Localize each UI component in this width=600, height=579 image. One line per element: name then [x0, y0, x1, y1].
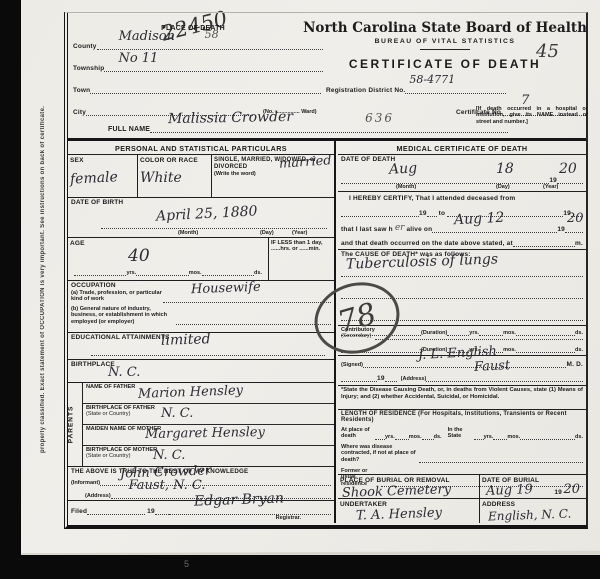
physician-address-line: Faust	[426, 373, 583, 382]
full-name-value: Malissia Crowder	[168, 109, 293, 127]
county-value: Madison	[119, 29, 175, 44]
dod-month-value: Aug	[389, 160, 418, 177]
mother-name-value: Margaret Hensley	[145, 425, 265, 442]
m-label: m.	[575, 240, 583, 247]
personal-section-title: PERSONAL AND STATISTICAL PARTICULARS	[68, 141, 334, 155]
duration2-ds-line	[516, 344, 575, 353]
cause-line-1: Tuberculosis of lungs	[341, 268, 583, 277]
sex-cell: SEX female	[68, 155, 138, 197]
scan-left-border	[0, 0, 21, 579]
age-mos-line	[136, 267, 188, 276]
residence-title: LENGTH OF RESIDENCE (For Hospitals, Inst…	[341, 411, 583, 423]
contracted-label: Where was disease contracted, if not at …	[341, 444, 419, 463]
burial-year-value: 20	[563, 482, 580, 497]
physician-address-value: Faust	[474, 358, 511, 375]
signed-year-line	[385, 373, 397, 382]
atp-ds: ds.	[434, 434, 442, 440]
dod-year-sublabel: (Year)	[543, 184, 558, 190]
occupation-a-label: (a) Trade, profession, or particular kin…	[71, 290, 163, 303]
town-line	[90, 85, 321, 94]
mother-birthplace-value: N. C.	[153, 448, 185, 463]
date-of-birth-value: April 25, 1880	[156, 203, 258, 224]
informant-address-value: Faust, N. C.	[129, 478, 206, 493]
township-label: Township	[73, 65, 104, 72]
education-value: limited	[161, 331, 211, 349]
undertaker-value: T. A. Hensley	[356, 506, 442, 524]
footnote-section: *State the Disease Causing Death, or, in…	[338, 386, 586, 410]
duration2-mos: mos.	[503, 347, 516, 353]
contributory-line	[375, 331, 583, 340]
registrar-signature: Edgar Bryan	[194, 490, 284, 509]
dod-month-sublabel: (Month)	[396, 184, 416, 190]
dod-year-line: 20	[557, 175, 583, 184]
dod-year-value: 20	[559, 161, 577, 177]
last-saw-year-prefix: 19	[557, 226, 565, 233]
last-saw-value: Aug 12	[454, 210, 505, 229]
bureau-rule	[420, 49, 470, 50]
state-or-country-label2: (State or Country)	[86, 453, 331, 459]
from-year-prefix: 19	[419, 210, 427, 217]
ins-yrs: yrs.	[484, 434, 494, 440]
atp-mos: mos.	[409, 434, 422, 440]
ins-mos: mos.	[507, 434, 520, 440]
father-name-row: NAME OF FATHER Marion Hensley	[83, 383, 334, 404]
registrar-sign-line: Edgar Bryan	[169, 506, 331, 515]
ins-ds: ds.	[575, 434, 583, 440]
undertaker-cell: UNDERTAKER T. A. Hensley	[338, 499, 480, 523]
age-cell: AGE 40 yrs. mos. ds.	[68, 238, 268, 280]
atp-l1	[375, 431, 385, 440]
signed-label: (Signed)	[341, 362, 363, 368]
contracted-line	[419, 454, 583, 463]
last-saw-pre: that I last saw h	[341, 226, 393, 233]
burial-place-cell: PLACE OF BURIAL OR REMOVAL Shook Cemeter…	[338, 475, 480, 498]
county-code: 58	[205, 28, 219, 41]
certify-section: I HEREBY CERTIFY, That I attended deceas…	[338, 192, 586, 250]
undertaker-address-cell: ADDRESS English, N. C.	[480, 499, 586, 523]
filed-date-line	[87, 506, 145, 515]
occupation-section: OCCUPATION (a) Trade, profession, or par…	[68, 281, 334, 333]
last-saw-line: Aug 12	[432, 224, 557, 233]
year-sublabel: (Year)	[292, 230, 307, 236]
violent-causes-footnote: *State the Disease Causing Death, or, in…	[341, 387, 583, 401]
dod-day-sublabel: (Day)	[496, 184, 510, 190]
informant-address-label: (Address)	[85, 493, 111, 499]
full-name-line: Malissia Crowder 636	[150, 124, 508, 133]
if-less-label: IF LESS than 1 day, ......hrs. or ......…	[271, 240, 332, 253]
day-sublabel: (Day)	[260, 230, 274, 236]
certificate-border: PLACE OF DEATH County Madison 58 Townshi…	[64, 12, 588, 529]
board-of-health-title: North Carolina State Board of Health	[300, 20, 590, 36]
age-yrs-line	[74, 267, 126, 276]
filed-year-prefix: 19	[147, 508, 155, 515]
mother-name-row: MAIDEN NAME OF MOTHER Margaret Hensley	[83, 425, 334, 446]
dod-month-line: Aug 18	[341, 175, 549, 184]
sex-value: female	[70, 168, 136, 187]
at-place-label: At place of death	[341, 427, 375, 440]
education-section: EDUCATIONAL ATTAINMENTS limited	[68, 333, 334, 360]
filed-section: Filed 19 Edgar Bryan Registrar.	[68, 501, 334, 523]
last-saw-post: alive on	[406, 226, 432, 233]
registration-district-line: 58-4771	[405, 85, 506, 94]
undertaker-address-value: English, N. C.	[488, 507, 572, 524]
city-label: City	[73, 109, 86, 116]
occupation-a-value: Housewife	[191, 280, 261, 297]
signed-line: J. L. English	[363, 359, 566, 368]
color-race-label: COLOR OR RACE	[140, 157, 209, 164]
age-mos-label: mos.	[189, 270, 202, 276]
county-line: Madison 58	[97, 41, 323, 50]
death-time-line	[513, 238, 575, 247]
date-of-birth-label: DATE OF BIRTH	[71, 199, 331, 206]
full-name-label: FULL NAME	[108, 126, 150, 133]
certificate-paper: properly classified. Exact statement of …	[21, 0, 600, 555]
atp-l3	[422, 431, 434, 440]
signature-section: (Signed) J. L. English M. D. 19 (Address…	[338, 356, 586, 386]
registration-district-label: Registration District No.	[326, 87, 405, 94]
sheet-number: 45	[536, 41, 559, 62]
birthplace-section: BIRTHPLACE N. C.	[68, 360, 334, 383]
md-label: M. D.	[566, 361, 583, 368]
town-label: Town	[73, 87, 90, 94]
age-section: AGE 40 yrs. mos. ds. IF LESS than 1 day,…	[68, 238, 334, 281]
death-occurred-statement: and that death occurred on the date abov…	[341, 240, 513, 247]
parents-strip: PARENTS	[68, 383, 83, 466]
circled-number: 78	[334, 296, 380, 340]
parents-section: PARENTS NAME OF FATHER Marion Hensley BI…	[68, 383, 334, 467]
ins-l3	[520, 431, 575, 440]
occupation-b-label: (b) General nature of industry, business…	[71, 306, 176, 325]
informant-label: (Informant)	[71, 480, 100, 486]
registrar-label: Registrar.	[71, 515, 301, 521]
marital-cell: SINGLE, MARRIED, WIDOWED, or DIVORCED (W…	[212, 155, 334, 197]
personal-particulars-column: PERSONAL AND STATISTICAL PARTICULARS SEX…	[68, 141, 336, 523]
house-number: 636	[365, 111, 394, 125]
color-race-value: White	[140, 170, 209, 186]
county-label: County	[73, 43, 97, 50]
sex-label: SEX	[70, 157, 135, 164]
township-value: No 11	[118, 51, 158, 66]
certify-statement: I HEREBY CERTIFY, That I attended deceas…	[349, 195, 583, 202]
occupation-b-line	[176, 316, 331, 325]
margin-instruction-text: properly classified. Exact statement of …	[40, 93, 46, 453]
state-or-country-label: (State or Country)	[86, 411, 331, 417]
last-saw-hand: er	[395, 223, 405, 233]
scan-bottom-border: 5	[0, 555, 600, 579]
father-birthplace-row: BIRTHPLACE OF FATHER (State or Country) …	[83, 404, 334, 425]
attended-from-line	[341, 208, 419, 217]
township-line: No 11	[104, 63, 323, 72]
date-of-death-label: DATE OF DEATH	[341, 156, 583, 163]
father-name-value: Marion Hensley	[138, 383, 244, 402]
father-birthplace-value: N. C.	[161, 406, 193, 421]
from-year-line	[427, 208, 437, 217]
age-ds-label: ds.	[254, 270, 262, 276]
burial-year-prefix: 19	[554, 489, 562, 496]
burial-section: PLACE OF BURIAL OR REMOVAL Shook Cemeter…	[338, 475, 586, 523]
burial-date-value: Aug 19	[486, 482, 533, 499]
duration2-ds: ds.	[575, 347, 583, 353]
age-ds-line	[202, 267, 254, 276]
age-label: AGE	[70, 240, 266, 247]
marital-sub-label: (Write the word)	[214, 171, 332, 177]
atp-yrs: yrs.	[385, 434, 395, 440]
certificate-header: PLACE OF DEATH County Madison 58 Townshi…	[68, 13, 586, 141]
age-yrs-label: yrs.	[126, 270, 136, 276]
physician-address-label: (Address)	[401, 376, 427, 382]
education-line: limited	[91, 347, 325, 356]
bottom-page-mark: 5	[184, 559, 189, 569]
signed-year-prefix: 19	[377, 375, 385, 382]
month-sublabel: (Month)	[178, 230, 198, 236]
registration-district-value: 58-4771	[409, 73, 455, 86]
signed-date-line	[341, 373, 377, 382]
to-word: to	[439, 210, 446, 217]
parents-label: PARENTS	[67, 406, 74, 444]
residence-section: LENGTH OF RESIDENCE (For Hospitals, Inst…	[338, 410, 586, 475]
ins-l1	[474, 431, 484, 440]
date-of-birth-section: DATE OF BIRTH April 25, 1880 (Month) (Da…	[68, 198, 334, 238]
dod-day-value: 18	[496, 161, 514, 177]
burial-date-cell: DATE OF BURIAL Aug 19 19 20	[480, 475, 586, 498]
sex-race-marital-row: SEX female COLOR OR RACE White SINGLE, M…	[68, 155, 334, 198]
occupation-a-line: Housewife	[163, 294, 331, 303]
filed-year-line	[155, 506, 169, 515]
medical-section-title: MEDICAL CERTIFICATE OF DEATH	[338, 141, 586, 155]
date-of-death-section: DATE OF DEATH Aug 18 19 20 (Month) (Day)…	[338, 155, 586, 192]
in-state-label: In the State	[448, 427, 474, 440]
atp-l2	[395, 431, 409, 440]
ins-l2	[493, 431, 507, 440]
dod-year-prefix: 19	[549, 177, 557, 184]
age-value: 40	[128, 246, 150, 266]
filed-label: Filed	[71, 508, 87, 515]
if-less-cell: IF LESS than 1 day, ......hrs. or ......…	[268, 238, 334, 280]
scanned-death-certificate: properly classified. Exact statement of …	[0, 0, 600, 579]
color-race-cell: COLOR OR RACE White	[138, 155, 212, 197]
hospital-note: [If death occurred in a hospital or inst…	[476, 106, 588, 125]
last-saw-year-line: 20	[565, 224, 583, 233]
last-saw-year-value: 20	[567, 211, 584, 226]
birthplace-value: N. C.	[108, 365, 140, 380]
date-of-birth-line: April 25, 1880	[101, 220, 327, 229]
